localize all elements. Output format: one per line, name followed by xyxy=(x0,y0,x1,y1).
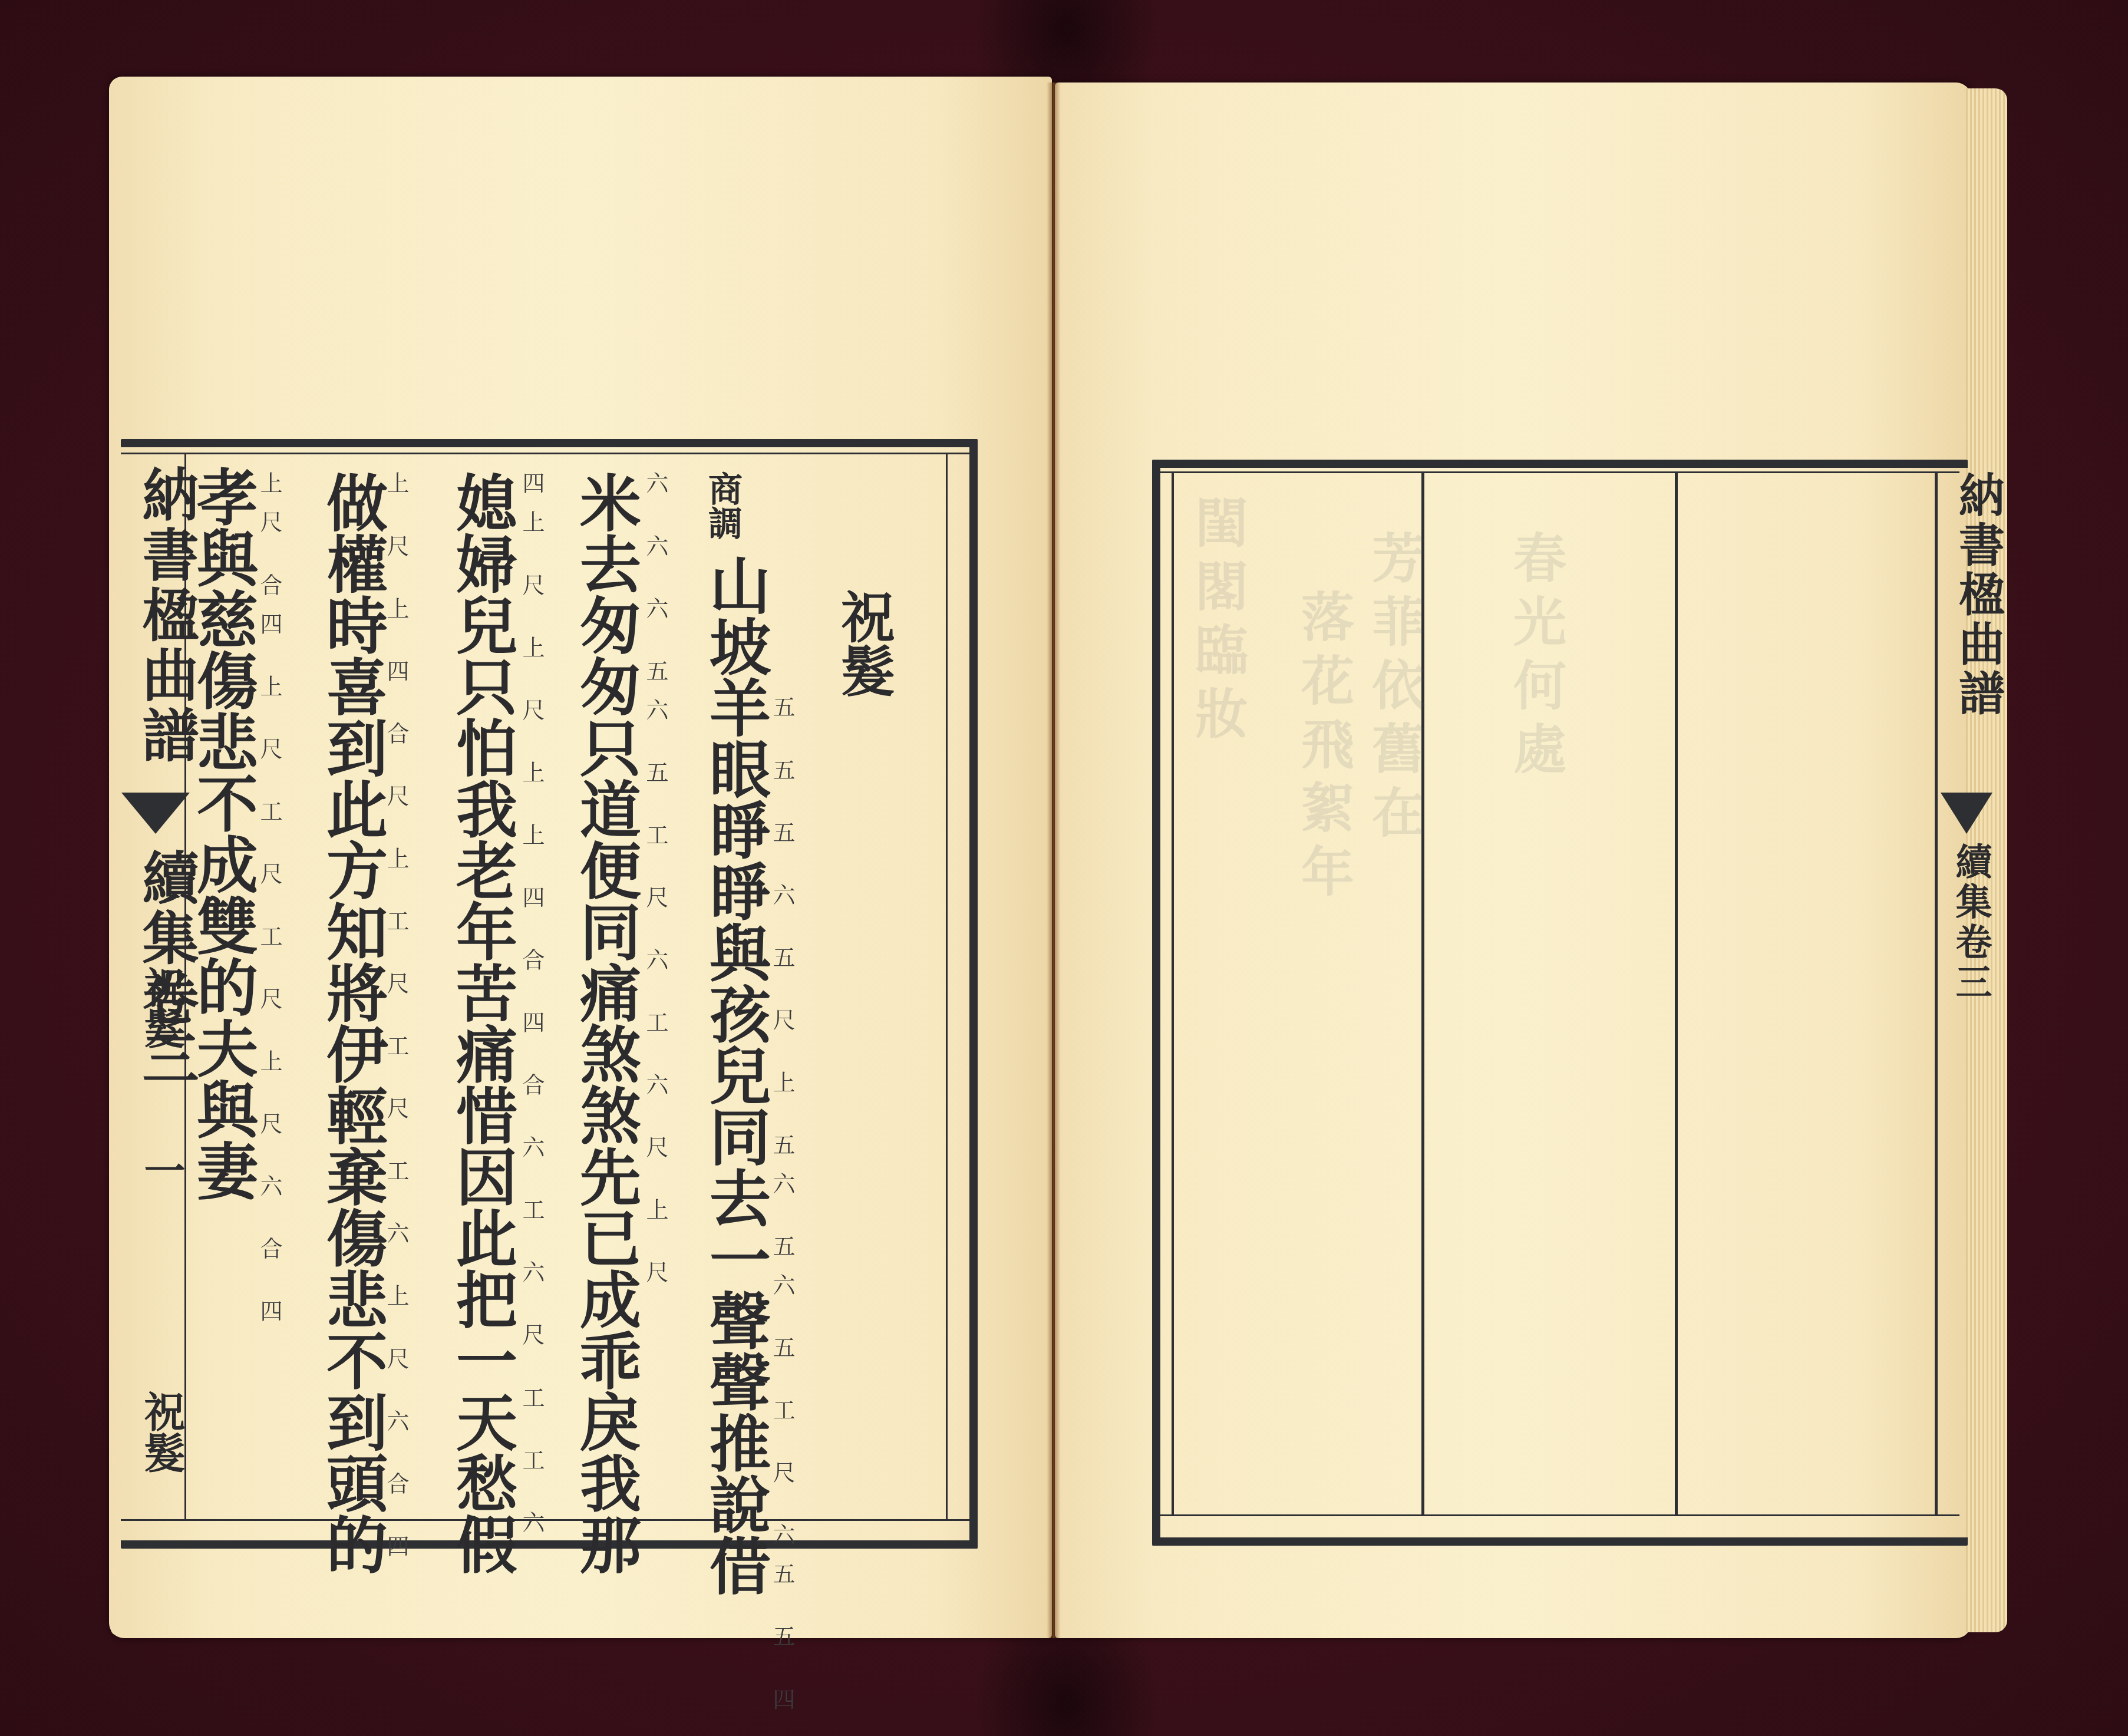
lyric-column-2: 米去匆匆只道便同痛煞煞先已成乖戾我那 xyxy=(575,471,636,1575)
book-gutter xyxy=(1047,82,1061,1638)
notation-column-5: 上尺 合四 上 尺 工 尺 工 尺 上 尺 六 合 四 xyxy=(256,471,282,1338)
lyric-column-4: 做權時喜到此方知將伊輕棄傷悲不到頭的 xyxy=(321,471,382,1575)
lyric-column-3: 媳婦兒只怕我老年苦痛惜因此把一天愁假 xyxy=(451,471,512,1575)
banxin-footer-title: 祝髮 xyxy=(132,1391,192,1473)
banxin-section-title: 祝髮 xyxy=(132,966,192,1049)
notation-column-3: 四上 尺 上 尺 上 上 四 合 四 合 六 工 六 尺 工 工 六 xyxy=(519,471,545,1549)
right-banxin-volume: 續集卷三 xyxy=(1945,843,1997,1003)
right-inner-left-rule xyxy=(1172,471,1174,1514)
inner-top-rule xyxy=(121,453,969,454)
inner-bottom-rule xyxy=(121,1519,969,1521)
banxin-leaf-number: 一 xyxy=(132,1149,192,1190)
inner-right-rule xyxy=(946,453,948,1519)
mode-label: 商調 xyxy=(704,471,741,540)
right-inner-top-rule xyxy=(1152,471,1959,473)
aria-heading: 祝髮 xyxy=(825,589,903,698)
show-through-text: 閨閣臨妝 xyxy=(1179,495,1255,750)
notation-column-2: 六 六 六 五六 五 工 尺 六 工 六 尺 上 尺 xyxy=(642,471,668,1299)
column-rule-3 xyxy=(1935,471,1938,1514)
show-through-text: 芳菲依舊在 xyxy=(1355,530,1432,849)
lyric-column-5: 孝與慈傷悲不成雙的夫與妻 xyxy=(192,466,253,1201)
fishtail-mark xyxy=(121,793,190,834)
right-banxin-book-title: 納書楹曲譜 xyxy=(1945,471,2011,719)
lyric-column-1: 山坡羊眼睜睜與孩兒同去一聲聲推說借 xyxy=(704,554,766,1596)
show-through-text: 落花飛絮年 xyxy=(1285,589,1361,907)
right-fishtail-mark xyxy=(1941,793,1992,834)
notation-column-1: 五 五 五 六 五 尺 上 五六 五六 五 工 尺 六五 五 四 xyxy=(769,695,795,1726)
column-rule-2 xyxy=(1675,471,1678,1514)
right-inner-bottom-rule xyxy=(1152,1514,1959,1516)
show-through-text: 春光何處 xyxy=(1497,530,1573,785)
